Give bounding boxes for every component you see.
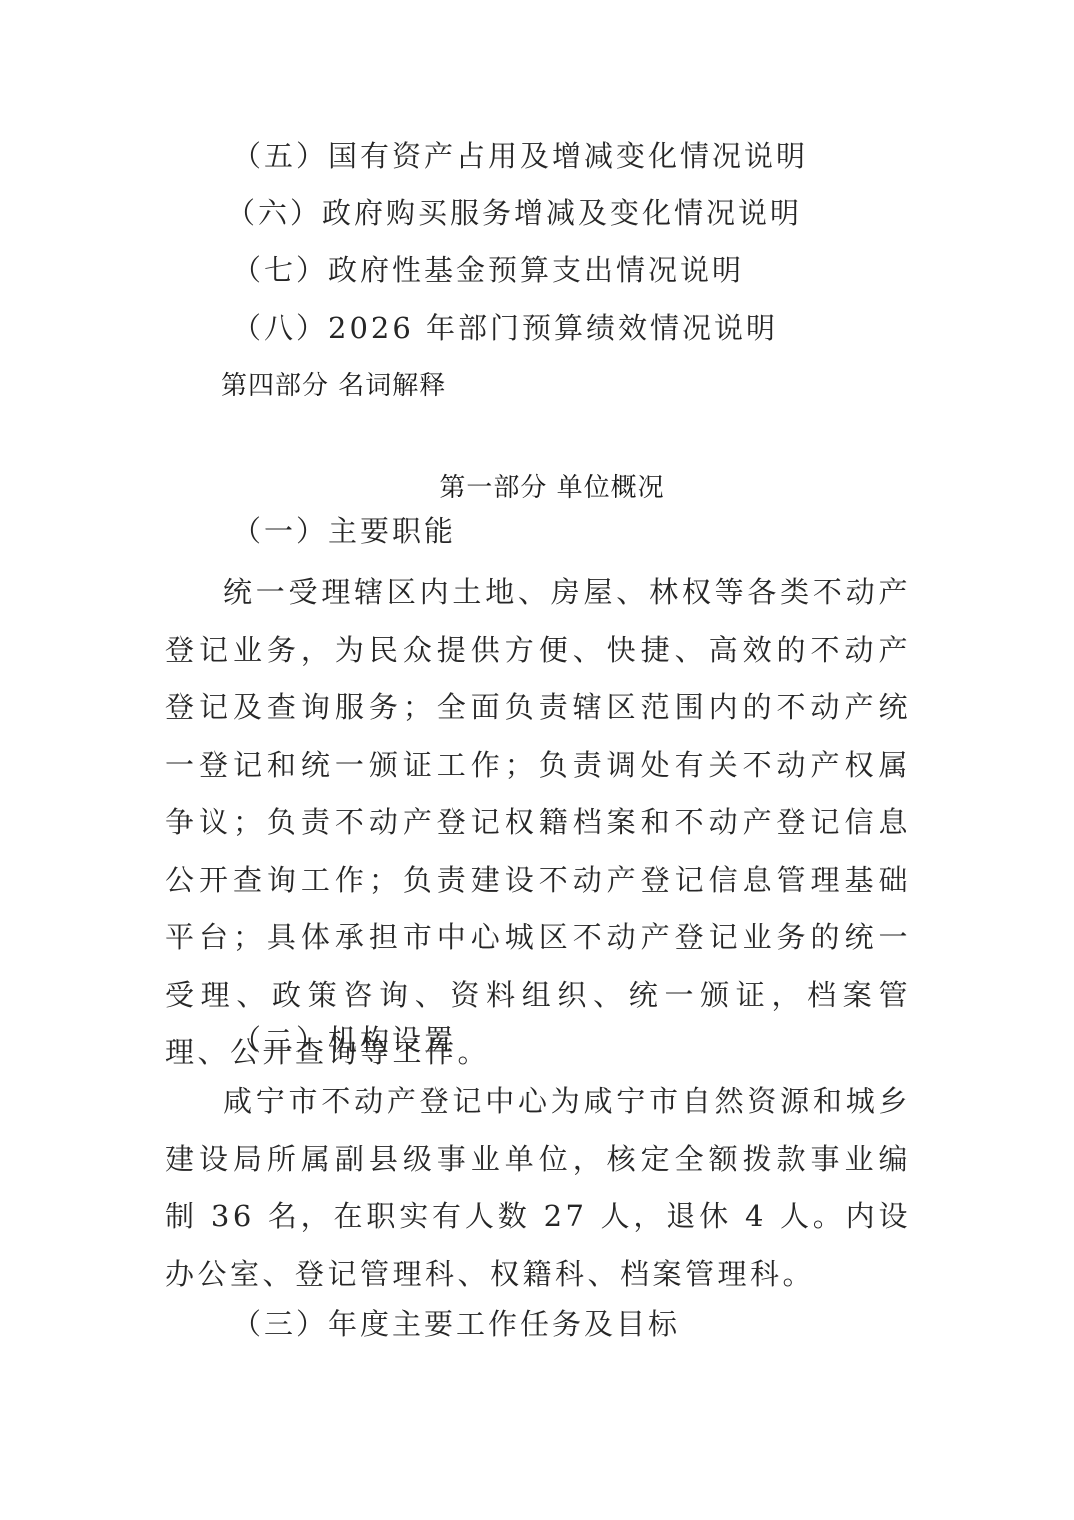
part1-title: 第一部分 单位概况	[0, 470, 1074, 506]
section-2-body: 咸宁市不动产登记中心为咸宁市自然资源和城乡建设局所属副县级事业单位，核定全额拨款…	[165, 1073, 911, 1303]
toc-part4-heading: 第四部分 名词解释	[221, 368, 446, 404]
document-page: （五）国有资产占用及增减变化情况说明 （六）政府购买服务增减及变化情况说明 （七…	[0, 0, 1074, 1520]
toc-item-7: （七）政府性基金预算支出情况说明	[232, 252, 744, 288]
section-3-heading: （三）年度主要工作任务及目标	[232, 1306, 680, 1342]
toc-item-8: （八）2026 年部门预算绩效情况说明	[232, 310, 778, 346]
toc-item-5: （五）国有资产占用及增减变化情况说明	[232, 138, 808, 174]
section-1-body: 统一受理辖区内土地、房屋、林权等各类不动产登记业务，为民众提供方便、快捷、高效的…	[165, 564, 911, 1082]
section-2-heading: （二）机构设置	[232, 1022, 456, 1058]
section-1-heading: （一）主要职能	[232, 513, 456, 549]
toc-item-6: （六）政府购买服务增减及变化情况说明	[226, 195, 802, 231]
